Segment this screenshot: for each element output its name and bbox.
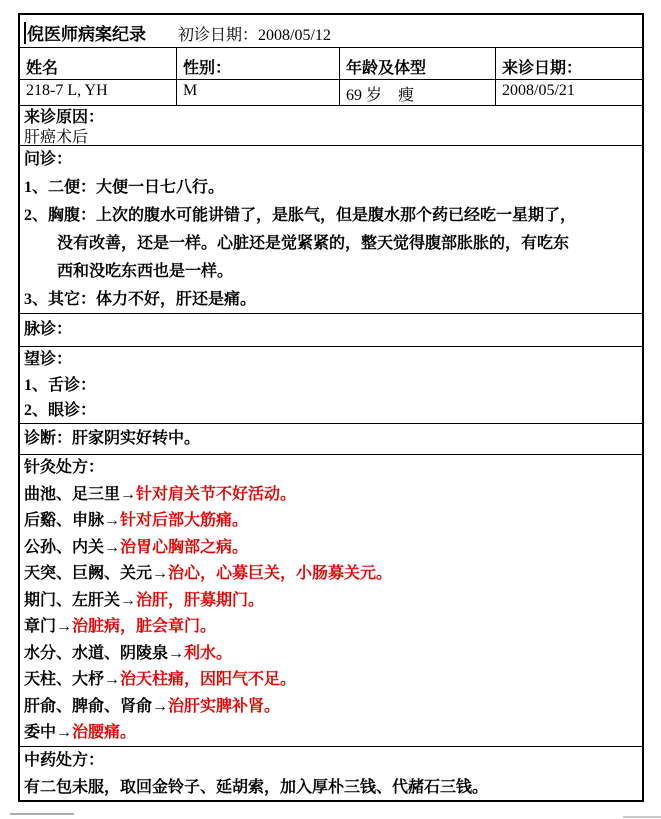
- visit-reason-value: 肝癌术后: [24, 128, 642, 145]
- patient-name: 218-7 L, YH: [20, 80, 176, 105]
- acupuncture-note: 针对肩关节不好活动。: [136, 486, 296, 503]
- header-age-body-type: 年龄及体型: [339, 48, 495, 79]
- acupuncture-points: 章门→: [24, 618, 72, 635]
- acupuncture-note: 治脏病，脏会章门。: [72, 618, 216, 635]
- herbal-text: 有二包未服，取回金铃子、延胡索，加入厚朴三钱、代赭石三钱。: [24, 774, 642, 800]
- title-row: 倪医师病案纪录初诊日期：2008/05/12: [20, 15, 642, 47]
- acupuncture-line: 期门、左肝关→治肝，肝募期门。: [24, 588, 642, 615]
- acupuncture-note: 治肝，肝募期门。: [136, 592, 264, 609]
- acupuncture-points: 后谿、申脉→: [24, 512, 120, 529]
- inquiry-line: 3、其它：体力不好，肝还是痛。: [24, 286, 642, 313]
- patient-value-row: 218-7 L, YH M 69 岁 瘦 2008/05/21: [20, 79, 642, 105]
- herbal-label: 中药处方：: [24, 747, 642, 774]
- acupuncture-label: 针灸处方：: [24, 455, 642, 482]
- acupuncture-note: 治腰痛。: [72, 724, 136, 741]
- patient-age-body-type: 69 岁 瘦: [339, 80, 495, 105]
- acupuncture-line: 曲池、足三里→针对肩关节不好活动。: [24, 482, 642, 509]
- scrollbar-fragment-left[interactable]: [10, 813, 74, 815]
- acupuncture-points: 期门、左肝关→: [24, 592, 136, 609]
- acupuncture-note: 治天柱痛，因阳气不足。: [120, 671, 296, 688]
- acupuncture-line: 章门→治脏病，脏会章门。: [24, 614, 642, 641]
- acupuncture-points: 水分、水道、阴陵泉→: [24, 645, 184, 662]
- visit-reason-row: 来诊原因： 肝癌术后: [20, 105, 642, 145]
- diagnosis-value: 肝家阴实好转中。: [72, 430, 200, 447]
- inquiry-line: 2、胸腹：上次的腹水可能讲错了，是胀气，但是腹水那个药已经吃一星期了，: [24, 202, 642, 230]
- inspection-label: 望诊：: [24, 347, 642, 373]
- pulse-diagnosis-row: 脉诊：: [20, 313, 642, 346]
- acupuncture-line: 后谿、申脉→针对后部大筋痛。: [24, 508, 642, 535]
- first-visit-date: 2008/05/12: [258, 27, 331, 44]
- acupuncture-row: 针灸处方： 曲池、足三里→针对肩关节不好活动。 后谿、申脉→针对后部大筋痛。 公…: [20, 454, 642, 746]
- medical-record-table: 倪医师病案纪录初诊日期：2008/05/12 姓名 性别： 年龄及体型 来诊日期…: [18, 13, 644, 802]
- header-gender: 性别：: [176, 48, 339, 79]
- acupuncture-points: 天突、巨阙、关元→: [24, 565, 168, 582]
- inquiry-line: 没有改善，还是一样。心脏还是觉紧紧的，整天觉得腹部胀胀的，有吃东: [24, 230, 642, 258]
- inquiry-row: 问诊： 1、二便：大便一日七八行。 2、胸腹：上次的腹水可能讲错了，是胀气，但是…: [20, 145, 642, 313]
- acupuncture-points: 天柱、大杼→: [24, 671, 120, 688]
- inspection-line: 1、舌诊：: [24, 373, 642, 399]
- diagnosis-label: 诊断：: [24, 430, 72, 447]
- inquiry-label: 问诊：: [24, 146, 642, 174]
- acupuncture-points: 肝俞、脾俞、肾俞→: [24, 698, 168, 715]
- acupuncture-line: 水分、水道、阴陵泉→利水。: [24, 641, 642, 668]
- acupuncture-line: 天柱、大杼→治天柱痛，因阳气不足。: [24, 667, 642, 694]
- header-name: 姓名: [20, 48, 176, 79]
- pulse-label: 脉诊：: [24, 314, 642, 345]
- scrollbar-fragment-right[interactable]: [623, 816, 661, 818]
- inquiry-line: 1、二便：大便一日七八行。: [24, 174, 642, 202]
- inquiry-line: 西和没吃东西也是一样。: [24, 258, 642, 286]
- text-cursor: [24, 22, 26, 44]
- acupuncture-line: 肝俞、脾俞、肾俞→治肝实脾补肾。: [24, 694, 642, 721]
- acupuncture-note: 治心，心募巨关，小肠募关元。: [168, 565, 392, 582]
- acupuncture-points: 公孙、内关→: [24, 539, 120, 556]
- inspection-row: 望诊： 1、舌诊： 2、眼诊：: [20, 346, 642, 423]
- acupuncture-points: 委中→: [24, 724, 72, 741]
- record-title: 倪医师病案纪录: [27, 25, 146, 44]
- inspection-line: 2、眼诊：: [24, 398, 642, 423]
- acupuncture-note: 治胃心胸部之病。: [120, 539, 248, 556]
- acupuncture-note: 针对后部大筋痛。: [120, 512, 248, 529]
- diagnosis-row: 诊断：肝家阴实好转中。: [20, 423, 642, 454]
- acupuncture-note: 利水。: [184, 645, 232, 662]
- header-visit-date: 来诊日期：: [495, 48, 642, 79]
- visit-reason-label: 来诊原因：: [24, 108, 642, 128]
- herbal-prescription-row: 中药处方： 有二包未服，取回金铃子、延胡索，加入厚朴三钱、代赭石三钱。: [20, 746, 642, 800]
- acupuncture-line: 公孙、内关→治胃心胸部之病。: [24, 535, 642, 562]
- acupuncture-line: 天突、巨阙、关元→治心，心募巨关，小肠募关元。: [24, 561, 642, 588]
- patient-header-row: 姓名 性别： 年龄及体型 来诊日期：: [20, 47, 642, 79]
- patient-gender: M: [176, 80, 339, 105]
- patient-visit-date: 2008/05/21: [495, 80, 642, 105]
- first-visit-label: 初诊日期：: [178, 27, 258, 44]
- acupuncture-line: 委中→治腰痛。: [24, 720, 642, 746]
- acupuncture-note: 治肝实脾补肾。: [168, 698, 280, 715]
- acupuncture-points: 曲池、足三里→: [24, 486, 136, 503]
